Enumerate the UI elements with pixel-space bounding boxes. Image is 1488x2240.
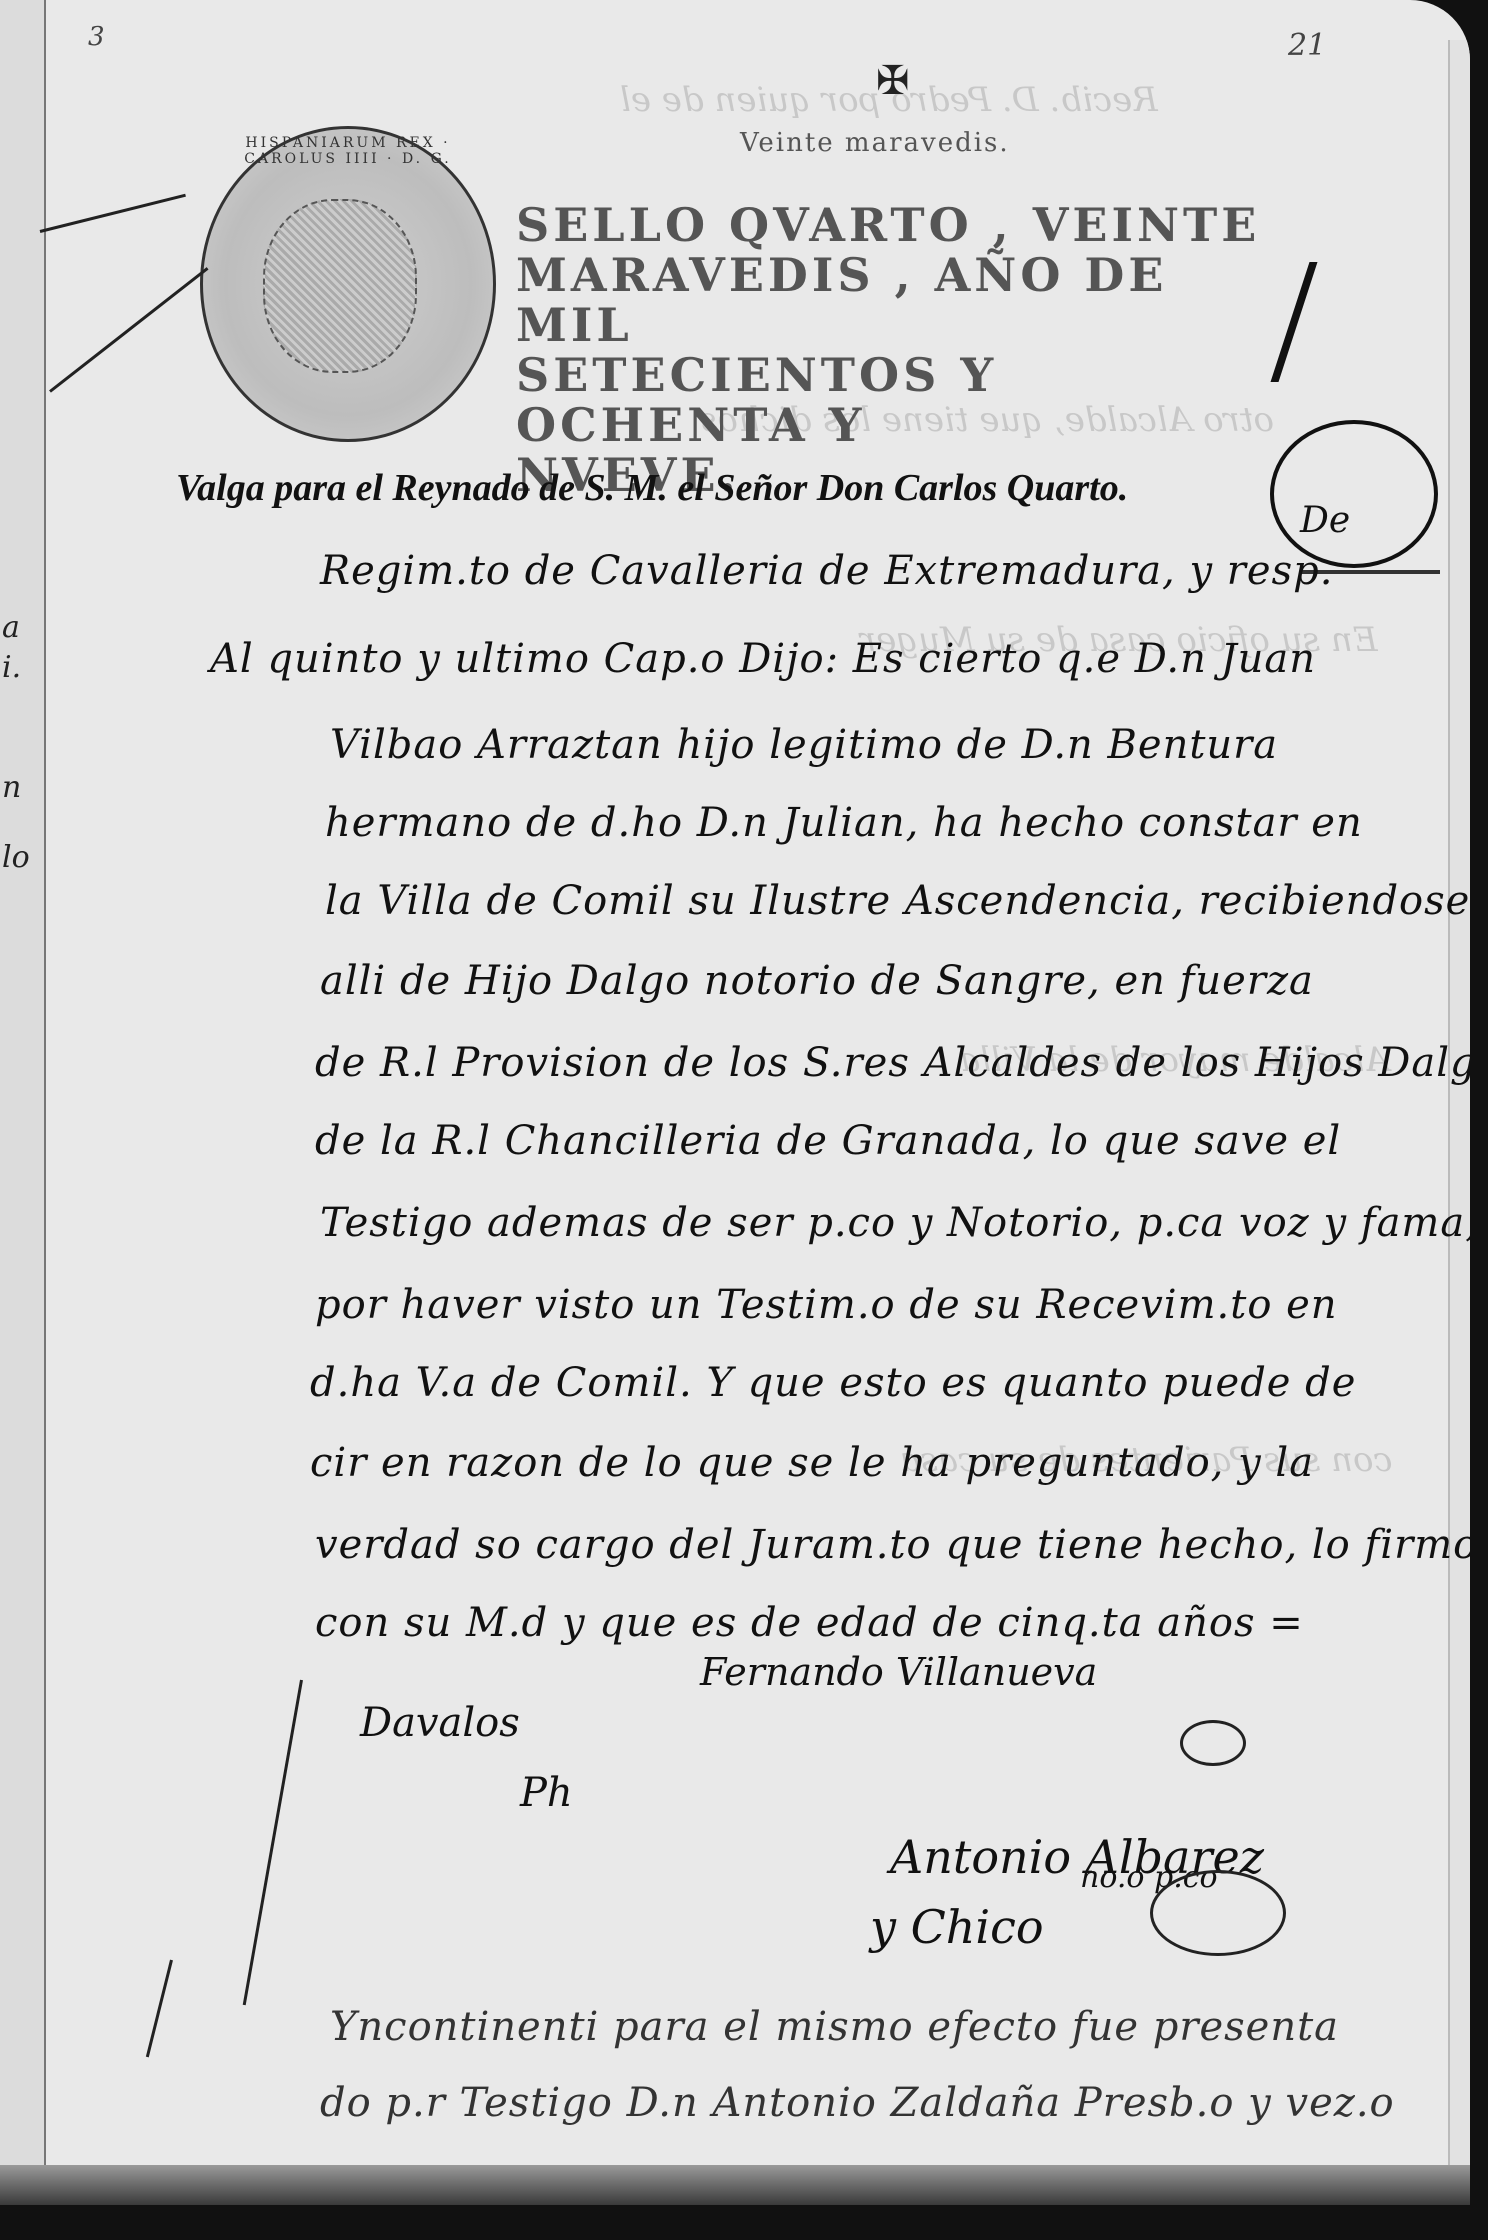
folio-number-right: 21 xyxy=(1288,28,1326,63)
manuscript-line: la Villa de Comil su Ilustre Ascendencia… xyxy=(325,878,1470,924)
manuscript-line: de la R.l Chancilleria de Granada, lo qu… xyxy=(315,1118,1341,1164)
folio-number-left: 3 xyxy=(88,22,105,52)
prev-page-fragment: lo xyxy=(2,840,30,875)
royal-seal-stamp: HISPANIARUM REX · CAROLUS IIII · D. G. xyxy=(200,126,496,442)
footer-line: Yncontinenti para el mismo efecto fue pr… xyxy=(330,2004,1339,2050)
seal-pen-stroke xyxy=(40,194,186,233)
manuscript-line: con su M.d y que es de edad de cinq.ta a… xyxy=(315,1600,1304,1646)
stamp-title: SELLO QVARTO , VEINTE MARAVEDIS , AÑO DE… xyxy=(516,200,1276,500)
stamp-title-line: MARAVEDIS , AÑO DE MIL xyxy=(516,250,1276,350)
manuscript-line: cir en razon de lo que se le ha pregunta… xyxy=(310,1440,1314,1486)
left-signature: Davalos xyxy=(360,1700,520,1746)
stamp-title-line: SELLO QVARTO , VEINTE xyxy=(516,200,1276,250)
notary-signature-line2: y Chico xyxy=(870,1900,1044,1954)
manuscript-line: verdad so cargo del Juram.to que tiene h… xyxy=(315,1522,1470,1568)
page-right-edge xyxy=(1448,40,1470,2200)
manuscript-line: Testigo ademas de ser p.co y Notorio, p.… xyxy=(320,1200,1470,1246)
notary-flourish-icon xyxy=(1150,1870,1286,1956)
manuscript-page: a i. n lo Recib. D. Pedro por quien de e… xyxy=(0,0,1470,2205)
stamp-validity-line: Valga para el Reynado de S. M. el Señor … xyxy=(176,466,1128,510)
prev-page-fragment: i. xyxy=(2,650,21,685)
manuscript-line: Regim.to de Cavalleria de Extremadura, y… xyxy=(320,548,1333,594)
footer-line: do p.r Testigo D.n Antonio Zaldaña Presb… xyxy=(320,2080,1395,2126)
manuscript-line: d.ha V.a de Comil. Y que esto es quanto … xyxy=(310,1360,1356,1406)
seal-pen-stroke xyxy=(49,267,208,392)
prev-page-fragment: a xyxy=(2,610,20,645)
prev-page-fragment: n xyxy=(2,770,21,805)
coat-of-arms-icon xyxy=(263,199,417,373)
margin-rule-line xyxy=(243,1680,303,2006)
manuscript-line: de R.l Provision de los S.res Alcaldes d… xyxy=(315,1040,1470,1086)
stamp-price: Veinte maravedis. xyxy=(740,128,1010,158)
marginal-rubric-circle-icon xyxy=(1270,420,1438,568)
stamp-title-line: SETECIENTOS Y OCHENTA Y xyxy=(516,350,1276,450)
cross-icon: ✠ xyxy=(876,58,910,104)
witness-signature: Fernando Villanueva xyxy=(700,1650,1097,1694)
manuscript-line: alli de Hijo Dalgo notorio de Sangre, en… xyxy=(320,958,1314,1004)
page-bottom-edge xyxy=(0,2165,1470,2205)
manuscript-line: por haver visto un Testim.o de su Recevi… xyxy=(315,1282,1338,1328)
previous-page-edge: a i. n lo xyxy=(0,0,46,2205)
witness-flourish-icon xyxy=(1180,1720,1246,1766)
margin-rule-line xyxy=(146,1960,173,2058)
marginal-rubric-icon xyxy=(1271,262,1378,382)
manuscript-line: hermano de d.ho D.n Julian, ha hecho con… xyxy=(325,800,1363,846)
manuscript-line: Vilbao Arraztan hijo legitimo de D.n Ben… xyxy=(330,722,1278,768)
manuscript-line: Al quinto y ultimo Cap.o Dijo: Es cierto… xyxy=(210,636,1316,682)
marginal-rubric-de: De xyxy=(1300,500,1350,541)
seal-legend: HISPANIARUM REX · CAROLUS IIII · D. G. xyxy=(203,135,493,167)
left-signature-rubric: Ph xyxy=(520,1770,573,1816)
